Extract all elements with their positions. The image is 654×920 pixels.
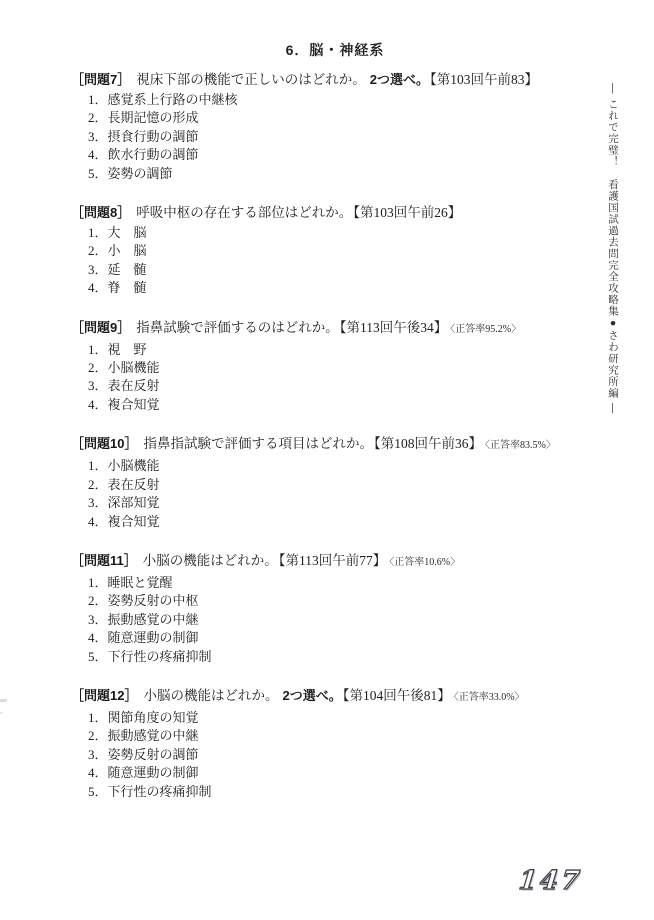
correct-rate: 〈正答率95.2%〉 xyxy=(450,324,521,335)
question-header: ［問題8］呼吸中枢の存在する部位はどれか。【第103回午前26】 xyxy=(66,204,536,221)
question-list: ［問題7］視床下部の機能で正しいのはどれか。2つ選べ。【第103回午前83】 1… xyxy=(66,71,536,801)
exam-source: 【第113回午後34】 xyxy=(340,320,448,335)
option-item: 1．大 脳 xyxy=(88,224,536,242)
question-text: 小脳の機能はどれか。 xyxy=(143,553,278,568)
page-number: 147 xyxy=(517,866,583,896)
question-header: ［問題12］小脳の機能はどれか。2つ選べ。【第104回午後81】〈正答率33.0… xyxy=(66,687,536,706)
question-label: ［問題10］ xyxy=(71,436,137,451)
question-label: ［問題7］ xyxy=(71,72,130,87)
option-item: 3．延 髄 xyxy=(88,261,536,279)
option-item: 4．複合知覚 xyxy=(88,513,536,531)
question-block-11: ［問題11］小脳の機能はどれか。【第113回午前77】〈正答率10.6%〉 1．… xyxy=(66,552,536,666)
option-item: 2．表在反射 xyxy=(88,476,536,494)
exam-source: 【第108回午前36】 xyxy=(374,436,482,451)
book-title-side-banner: ― これで完璧！ 看護国試過去問完全攻略集●さわ研究所編 ― xyxy=(606,83,621,414)
scan-artifact xyxy=(0,712,3,714)
exam-source: 【第113回午前77】 xyxy=(279,553,387,568)
option-item: 5．下行性の疼痛抑制 xyxy=(88,783,536,801)
option-item: 4．脊 髄 xyxy=(88,279,536,297)
question-label: ［問題9］ xyxy=(71,320,130,335)
question-label: ［問題8］ xyxy=(71,205,130,220)
option-item: 3．深部知覚 xyxy=(88,494,536,512)
option-item: 3．摂食行動の調節 xyxy=(88,128,536,146)
options: 1．視 野 2．小脳機能 3．表在反射 4．複合知覚 xyxy=(66,341,536,415)
option-item: 5．下行性の疼痛抑制 xyxy=(88,648,536,666)
option-item: 1．関節角度の知覚 xyxy=(88,709,536,727)
correct-rate: 〈正答率33.0%〉 xyxy=(454,692,525,703)
option-item: 2．長期記憶の形成 xyxy=(88,109,536,127)
exam-source: 【第103回午前83】 xyxy=(430,72,538,87)
question-block-9: ［問題9］指鼻試験で評価するのはどれか。【第113回午後34】〈正答率95.2%… xyxy=(66,319,536,415)
question-header: ［問題7］視床下部の機能で正しいのはどれか。2つ選べ。【第103回午前83】 xyxy=(66,71,536,88)
correct-rate: 〈正答率10.6%〉 xyxy=(389,557,460,568)
options: 1．感覚系上行路の中継核 2．長期記憶の形成 3．摂食行動の調節 4．飲水行動の… xyxy=(66,91,536,183)
option-item: 4．随意運動の制御 xyxy=(88,764,536,782)
exam-source: 【第103回午前26】 xyxy=(353,205,461,220)
option-item: 5．姿勢の調節 xyxy=(88,165,536,183)
correct-rate: 〈正答率83.5%〉 xyxy=(485,440,556,451)
select-note: 2つ選べ。 xyxy=(370,72,429,87)
question-block-8: ［問題8］呼吸中枢の存在する部位はどれか。【第103回午前26】 1．大 脳 2… xyxy=(66,204,536,298)
exam-source: 【第104回午後81】 xyxy=(343,688,451,703)
section-title: 6．脳・神経系 xyxy=(8,40,654,60)
option-item: 4．複合知覚 xyxy=(88,396,536,414)
option-item: 3．振動感覚の中継 xyxy=(88,611,536,629)
options: 1．小脳機能 2．表在反射 3．深部知覚 4．複合知覚 xyxy=(66,457,536,531)
option-item: 1．小脳機能 xyxy=(88,457,536,475)
question-header: ［問題11］小脳の機能はどれか。【第113回午前77】〈正答率10.6%〉 xyxy=(66,552,536,571)
option-item: 1．睡眠と覚醒 xyxy=(88,574,536,592)
option-item: 4．随意運動の制御 xyxy=(88,629,536,647)
option-item: 4．飲水行動の調節 xyxy=(88,146,536,164)
question-text: 指鼻指試験で評価する項目はどれか。 xyxy=(143,436,373,451)
scanned-page: 6．脳・神経系 ［問題7］視床下部の機能で正しいのはどれか。2つ選べ。【第103… xyxy=(0,0,654,920)
options: 1．関節角度の知覚 2．振動感覚の中継 3．姿勢反射の調節 4．随意運動の制御 … xyxy=(66,709,536,801)
select-note: 2つ選べ。 xyxy=(282,688,341,703)
option-item: 2．小脳機能 xyxy=(88,359,536,377)
question-header: ［問題9］指鼻試験で評価するのはどれか。【第113回午後34】〈正答率95.2%… xyxy=(66,319,536,338)
question-block-10: ［問題10］指鼻指試験で評価する項目はどれか。【第108回午前36】〈正答率83… xyxy=(66,435,536,531)
options: 1．睡眠と覚醒 2．姿勢反射の中枢 3．振動感覚の中継 4．随意運動の制御 5．… xyxy=(66,574,536,666)
question-block-12: ［問題12］小脳の機能はどれか。2つ選べ。【第104回午後81】〈正答率33.0… xyxy=(66,687,536,801)
question-header: ［問題10］指鼻指試験で評価する項目はどれか。【第108回午前36】〈正答率83… xyxy=(66,435,536,454)
option-item: 2．振動感覚の中継 xyxy=(88,727,536,745)
options: 1．大 脳 2．小 脳 3．延 髄 4．脊 髄 xyxy=(66,224,536,298)
scan-artifact xyxy=(0,699,7,702)
option-item: 2．姿勢反射の中枢 xyxy=(88,592,536,610)
question-block-7: ［問題7］視床下部の機能で正しいのはどれか。2つ選べ。【第103回午前83】 1… xyxy=(66,71,536,183)
option-item: 3．姿勢反射の調節 xyxy=(88,746,536,764)
question-text: 指鼻試験で評価するのはどれか。 xyxy=(136,320,339,335)
option-item: 2．小 脳 xyxy=(88,242,536,260)
option-item: 1．視 野 xyxy=(88,341,536,359)
option-item: 1．感覚系上行路の中継核 xyxy=(88,91,536,109)
question-label: ［問題12］ xyxy=(71,688,137,703)
option-item: 3．表在反射 xyxy=(88,377,536,395)
question-text: 呼吸中枢の存在する部位はどれか。 xyxy=(136,205,352,220)
question-text: 視床下部の機能で正しいのはどれか。 xyxy=(136,72,366,87)
question-label: ［問題11］ xyxy=(71,553,137,568)
question-text: 小脳の機能はどれか。 xyxy=(143,688,278,703)
